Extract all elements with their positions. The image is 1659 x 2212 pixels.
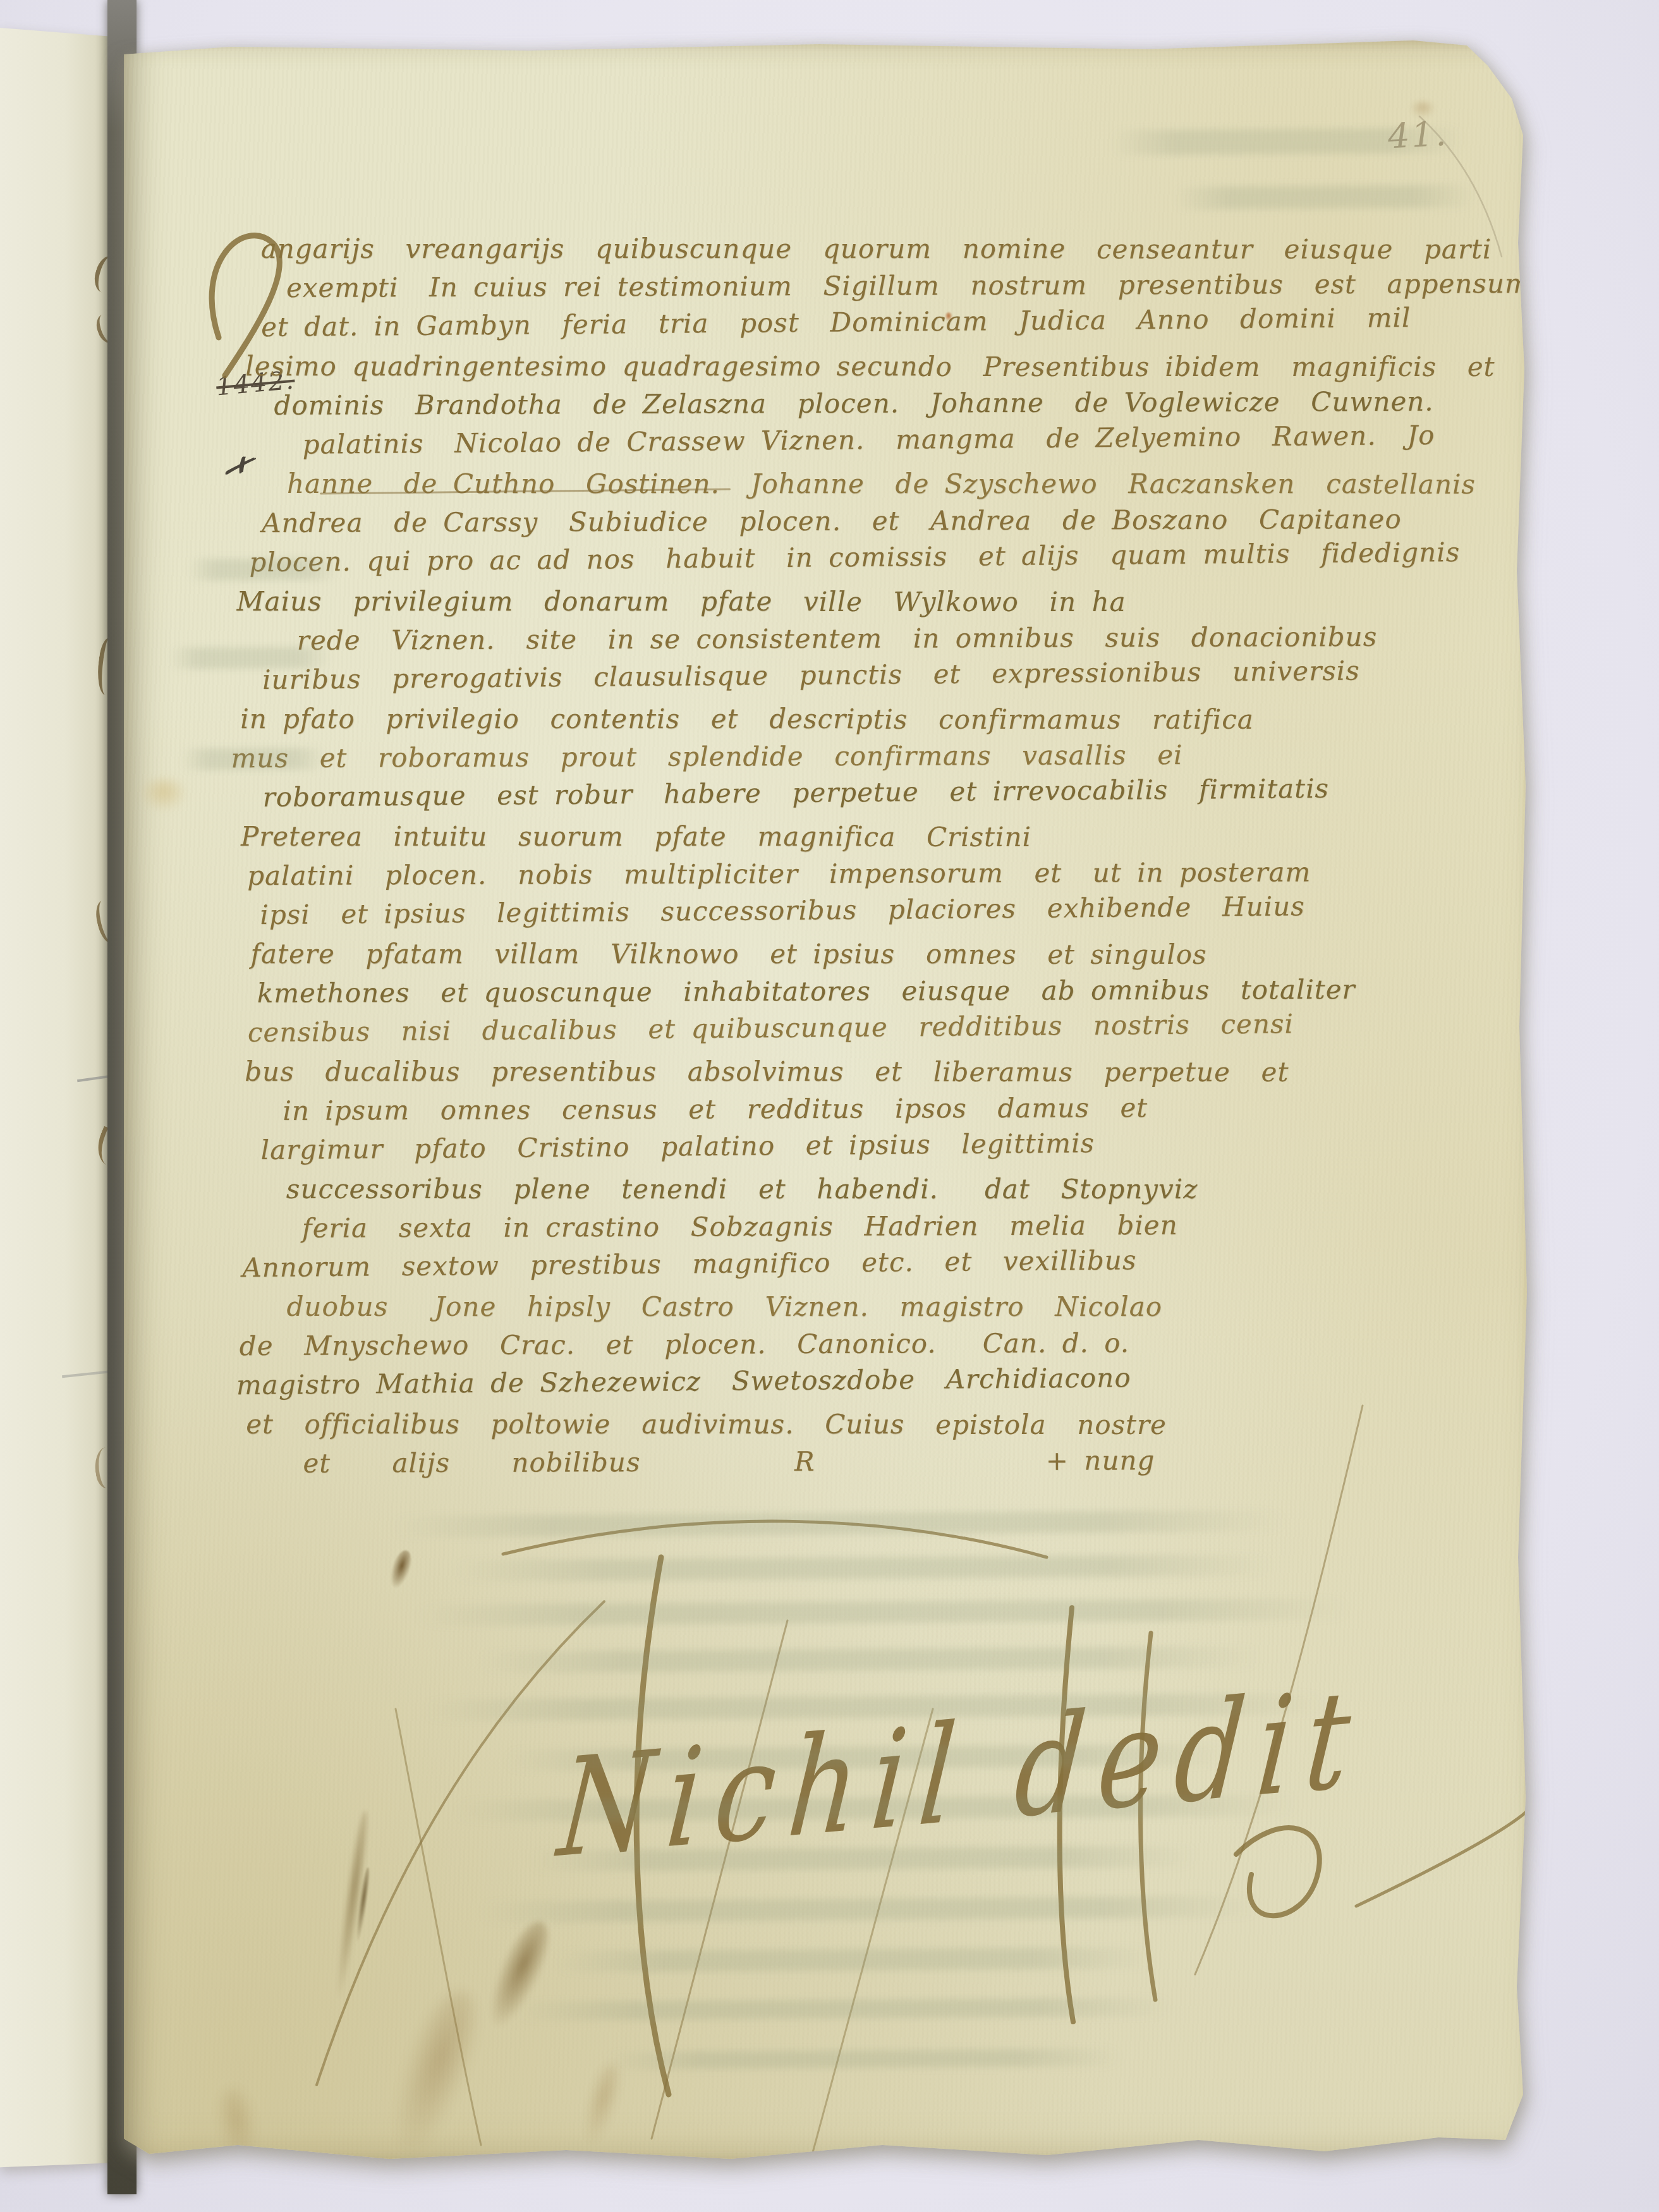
verso-show-through <box>604 2048 1122 2070</box>
manuscript-text-line: in pfato privilegio contentis et descrip… <box>240 700 1438 739</box>
manuscript-text-line: duobus Jone hipsly Castro Viznen. magist… <box>286 1287 1440 1327</box>
facing-page-edge <box>0 28 109 2172</box>
manuscript-text-line: fatere pfatam villam Vilknowo et ipsius … <box>251 935 1439 975</box>
facing-page-ink-fragment <box>94 637 109 696</box>
manuscript-text-line: angarijs vreangarijs quibuscunque quorum… <box>261 229 1437 269</box>
verso-show-through <box>554 1947 1154 1973</box>
facing-page-wrap <box>0 28 109 2172</box>
facing-page-ink-fragment <box>92 898 109 946</box>
verso-show-through <box>516 1997 1173 2021</box>
facing-page-ink-fragment <box>91 1126 109 1167</box>
manuscript-text-line: bus ducalibus presentibus absolvimus et … <box>245 1052 1439 1092</box>
facing-page-pencil-fragment <box>77 1074 109 1082</box>
facing-page-pencil-fragment <box>62 1370 109 1378</box>
manuscript-text-line: successoribus plene tenendi et habendi. … <box>286 1170 1440 1210</box>
verso-show-through <box>528 1845 1198 1871</box>
verso-show-through <box>389 1510 1287 1538</box>
ink-stain <box>1410 101 1435 118</box>
verso-show-through <box>478 1896 1261 1923</box>
verso-show-through <box>1173 185 1476 209</box>
ink-stain <box>140 779 187 811</box>
manuscript-text-line: hanne de Cuthno Gostinen. Johanne de Szy… <box>287 465 1437 504</box>
verso-show-through <box>187 558 339 581</box>
verso-show-through <box>415 1598 1350 1626</box>
verso-show-through <box>1110 128 1464 155</box>
verso-show-through <box>168 647 332 669</box>
ink-stain <box>386 1548 415 1591</box>
verso-show-through <box>181 748 326 770</box>
manuscript-text-line: Maius privilegium donarum pfate ville Wy… <box>237 582 1438 622</box>
verso-show-through <box>478 1646 1261 1674</box>
photo-backdrop: 41. 1442. ✗ angarijs vreangarijs quibusc… <box>0 0 1659 2212</box>
manuscript-text-block: angarijs vreangarijs quibuscunque quorum… <box>185 226 1441 1484</box>
facing-page-ink-fragment <box>93 311 109 346</box>
manuscript-text-line: lesimo quadringentesimo quadragesimo sec… <box>245 347 1437 387</box>
manuscript-text-line: et officialibus poltowie audivimus. Cuiu… <box>246 1405 1440 1445</box>
ink-stain <box>945 312 952 321</box>
facing-page-ink-fragment <box>90 253 109 296</box>
manuscript-text-line: Preterea intuitu suorum pfate magnifica … <box>241 817 1438 857</box>
ink-stain <box>577 2060 626 2147</box>
manuscript-page: 41. 1442. ✗ angarijs vreangarijs quibusc… <box>124 40 1533 2164</box>
facing-page-ink-fragment <box>92 1445 109 1489</box>
ink-stain <box>377 1982 493 2163</box>
manuscript-text-line: et alijs nobilibus R + nung <box>303 1440 1440 1483</box>
manuscript-page-wrap: 41. 1442. ✗ angarijs vreangarijs quibusc… <box>124 40 1533 2164</box>
verso-show-through <box>453 1554 1274 1581</box>
ink-stain <box>212 2086 263 2167</box>
